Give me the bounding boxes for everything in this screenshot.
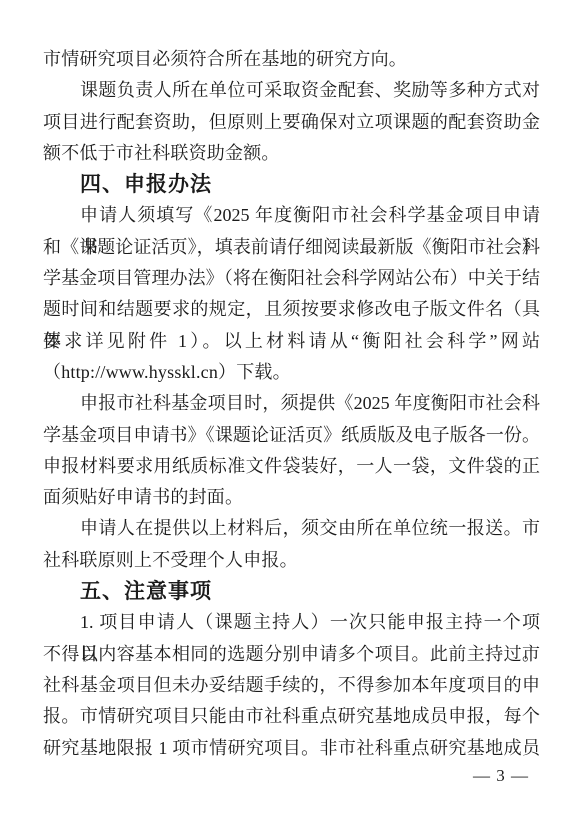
text-line: 学基金项目管理办法》（将在衡阳社会科学网站公布）中关于结 (43, 263, 540, 294)
text-line: 申报市社科基金项目时，须提供《2025 年度衡阳市社会科 (43, 388, 540, 419)
text-line: 学基金项目申请书》《课题论证活页》纸质版及电子版各一份。 (43, 420, 540, 451)
text-line: 申请人须填写《2025 年度衡阳市社会科学基金项目申请书》 (43, 200, 540, 231)
document-page: 市情研究项目必须符合所在基地的研究方向。课题负责人所在单位可采取资金配套、奖励等… (0, 0, 581, 826)
text-line: （http://www.hysskl.cn）下载。 (43, 357, 540, 388)
text-line: 题时间和结题要求的规定，且须按要求修改电子版文件名（具体 (43, 294, 540, 325)
text-line: 1. 项目申请人（课题主持人）一次只能申报主持一个项目。 (43, 607, 540, 638)
text-line: 市情研究项目必须符合所在基地的研究方向。 (43, 44, 540, 75)
text-line: 申报材料要求用纸质标准文件袋装好，一人一袋，文件袋的正 (43, 451, 540, 482)
text-line: 课题负责人所在单位可采取资金配套、奖励等多种方式对 (43, 75, 540, 106)
text-line: 申请人在提供以上材料后，须交由所在单位统一报送。市 (43, 513, 540, 544)
text-line: 社科联原则上不受理个人申报。 (43, 545, 540, 576)
text-line: 报。市情研究项目只能由市社科重点研究基地成员申报，每个 (43, 701, 540, 732)
text-line: 要求详见附件 1）。以上材料请从“衡阳社会科学”网站 (43, 326, 540, 357)
document-body: 市情研究项目必须符合所在基地的研究方向。课题负责人所在单位可采取资金配套、奖励等… (43, 44, 540, 764)
text-line: 研究基地限报 1 项市情研究项目。非市社科重点研究基地成员 (43, 733, 540, 764)
text-line: 不得以内容基本相同的选题分别申请多个项目。此前主持过市 (43, 639, 540, 670)
section-heading: 五、注意事项 (43, 576, 540, 607)
text-line: 项目进行配套资助，但原则上要确保对立项课题的配套资助金 (43, 107, 540, 138)
section-heading: 四、申报办法 (43, 169, 540, 200)
page-number: — 3 — (473, 766, 529, 786)
text-line: 额不低于市社科联资助金额。 (43, 138, 540, 169)
text-line: 社科基金项目但未办妥结题手续的，不得参加本年度项目的申 (43, 670, 540, 701)
text-line: 面须贴好申请书的封面。 (43, 482, 540, 513)
text-line: 和《课题论证活页》，填表前请仔细阅读最新版《衡阳市社会科 (43, 232, 540, 263)
